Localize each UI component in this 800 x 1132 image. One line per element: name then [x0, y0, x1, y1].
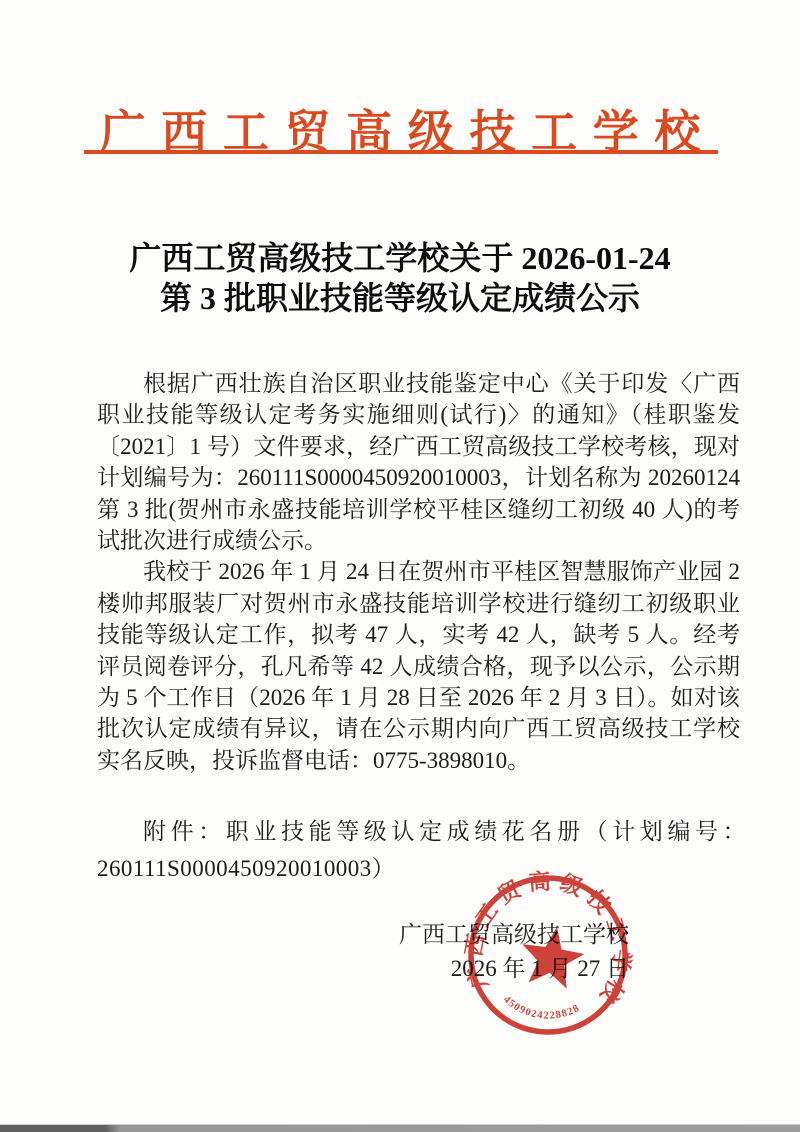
seal-code: 4509024228828 — [500, 994, 583, 1024]
document-page: 广西工贸高级技工学校 广西工贸高级技工学校关于 2026-01-24 第 3 批… — [0, 0, 800, 1132]
attachment-line-1: 附件：职业技能等级认定成绩花名册（计划编号： — [97, 813, 740, 850]
body-paragraph-2: 我校于 2026 年 1 月 24 日在贺州市平桂区智慧服饰产业园 2 楼帅邦服… — [97, 556, 740, 776]
letterhead-rule — [84, 150, 718, 154]
attachment-line-2: 260111S0000450920010003） — [97, 850, 740, 887]
scan-edge-artifact — [0, 1124, 800, 1132]
seal-star-icon — [517, 922, 588, 991]
attachment-note: 附件：职业技能等级认定成绩花名册（计划编号： 260111S0000450920… — [97, 813, 740, 887]
document-title-line1: 广西工贸高级技工学校关于 2026-01-24 — [0, 238, 800, 278]
body-paragraph-1: 根据广西壮族自治区职业技能鉴定中心《关于印发〈广西职业技能等级认定考务实施细则(… — [97, 368, 740, 556]
official-seal: 广西工贸高级技工学校 4509024228828 — [458, 865, 639, 1046]
document-body: 根据广西壮族自治区职业技能鉴定中心《关于印发〈广西职业技能等级认定考务实施细则(… — [97, 368, 740, 776]
document-title-line2: 第 3 批职业技能等级认定成绩公示 — [0, 278, 800, 318]
seal-ring-text: 广西工贸高级技工学校 — [458, 865, 638, 1015]
document-title: 广西工贸高级技工学校关于 2026-01-24 第 3 批职业技能等级认定成绩公… — [0, 238, 800, 318]
